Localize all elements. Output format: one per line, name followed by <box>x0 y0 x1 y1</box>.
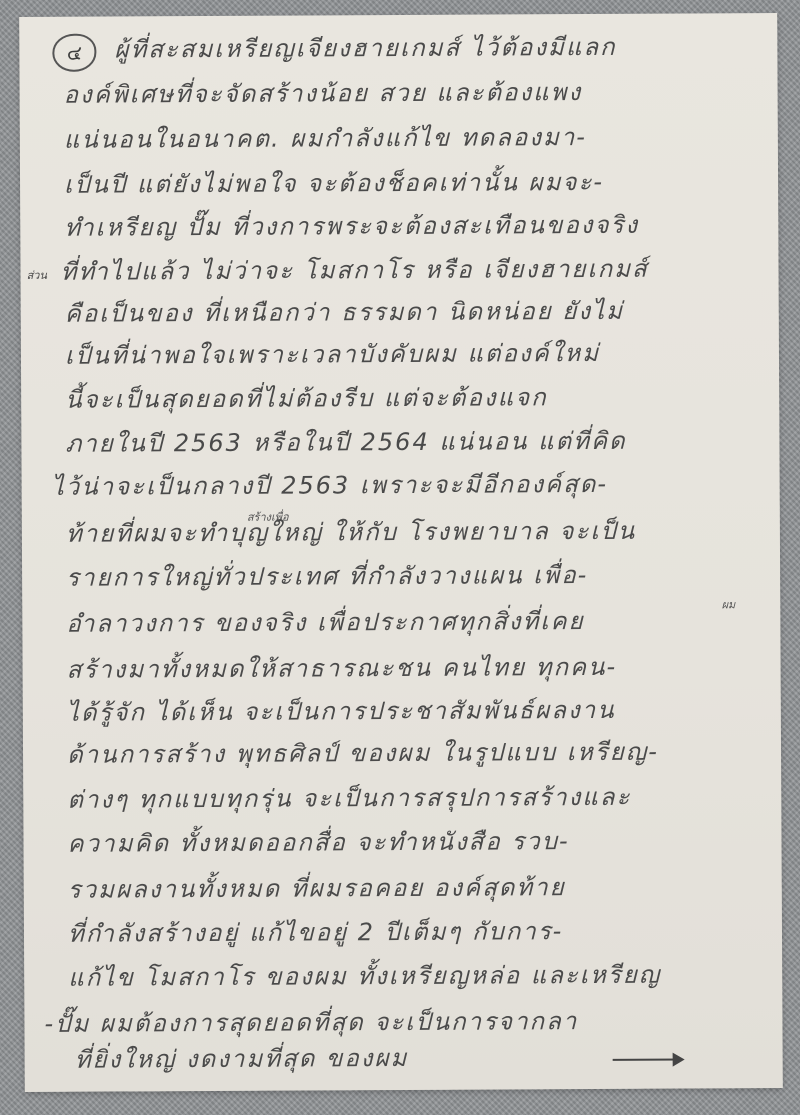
text-line-8: เป็นที่น่าพอใจเพราะเวลาบังคับผม แต่องค์ใ… <box>65 337 757 371</box>
handwritten-lines: ผู้ที่สะสมเหรียญเจียงฮายเกมส์ ไว้ต้องมีแ… <box>19 13 783 1092</box>
text-line-19: ความคิด ทั้งหมดออกสื่อ จะทำหนังสือ รวบ- <box>67 825 759 859</box>
text-line-2: องค์พิเศษที่จะจัดสร้างน้อย สวย และต้องแพ… <box>64 76 756 110</box>
text-line-15: สร้างมาทั้งหมดให้สาธารณะชน คนไทย ทุกคน- <box>67 651 759 685</box>
text-line-12: ท้ายที่ผมจะทำบุญใหญ่ ให้กับ โรงพยาบาล จะ… <box>66 515 758 549</box>
text-line-6: ที่ทำไปแล้ว ไม่ว่าจะ โมสกาโร หรือ เจียงฮ… <box>60 253 756 287</box>
text-line-7: คือเป็นของ ที่เหนือกว่า ธรรมดา นิดหน่อย … <box>65 295 757 329</box>
margin-note: ส่วน <box>26 266 47 284</box>
text-line-9: นี้จะเป็นสุดยอดที่ไม่ต้องรีบ แต่จะต้องแจ… <box>65 381 757 415</box>
text-line-1: ผู้ที่สะสมเหรียญเจียงฮายเกมส์ ไว้ต้องมีแ… <box>114 31 755 64</box>
continue-arrow-icon <box>613 1059 683 1061</box>
text-line-13: รายการใหญ่ทั่วประเทศ ที่กำลังวางแผน เพื่… <box>66 559 758 593</box>
text-line-18: ต่างๆ ทุกแบบทุกรุ่น จะเป็นการสรุปการสร้า… <box>67 781 759 815</box>
text-line-20: รวมผลงานทั้งหมด ที่ผมรอคอย องค์สุดท้าย <box>68 871 760 905</box>
text-line-14: อำลาวงการ ของจริง เพื่อประกาศทุกสิ่งที่เ… <box>66 605 758 639</box>
text-line-22: แก้ไข โมสกาโร ของผม ทั้งเหรียญหล่อ และเห… <box>68 959 760 993</box>
text-line-3: แน่นอนในอนาคต. ผมกำลังแก้ไข ทดลองมา- <box>64 121 756 155</box>
text-line-5: ทำเหรียญ ปั๊ม ที่วงการพระจะต้องสะเทือนขอ… <box>64 209 756 243</box>
handwritten-page: ๔ ผู้ที่สะสมเหรียญเจียงฮายเกมส์ ไว้ต้องม… <box>19 13 783 1092</box>
text-line-10: ภายในปี 2563 หรือในปี 2564 แน่นอน แต่ที่… <box>65 425 757 459</box>
text-line-4: เป็นปี แต่ยังไม่พอใจ จะต้องช็อคเท่านั้น … <box>64 166 756 200</box>
text-line-23: -ปั๊ม ผมต้องการสุดยอดที่สุด จะเป็นการจาก… <box>44 1005 760 1039</box>
text-line-21: ที่กำลังสร้างอยู่ แก้ไขอยู่ 2 ปีเต็มๆ กั… <box>68 915 760 949</box>
text-line-17: ด้านการสร้าง พุทธศิลป์ ของผม ในรูปแบบ เห… <box>67 736 759 770</box>
text-line-11: ไว้น่าจะเป็นกลางปี 2563 เพราะจะมีอีกองค์… <box>52 468 758 502</box>
text-line-16: ได้รู้จัก ได้เห็น จะเป็นการประชาสัมพันธ์… <box>67 694 759 728</box>
